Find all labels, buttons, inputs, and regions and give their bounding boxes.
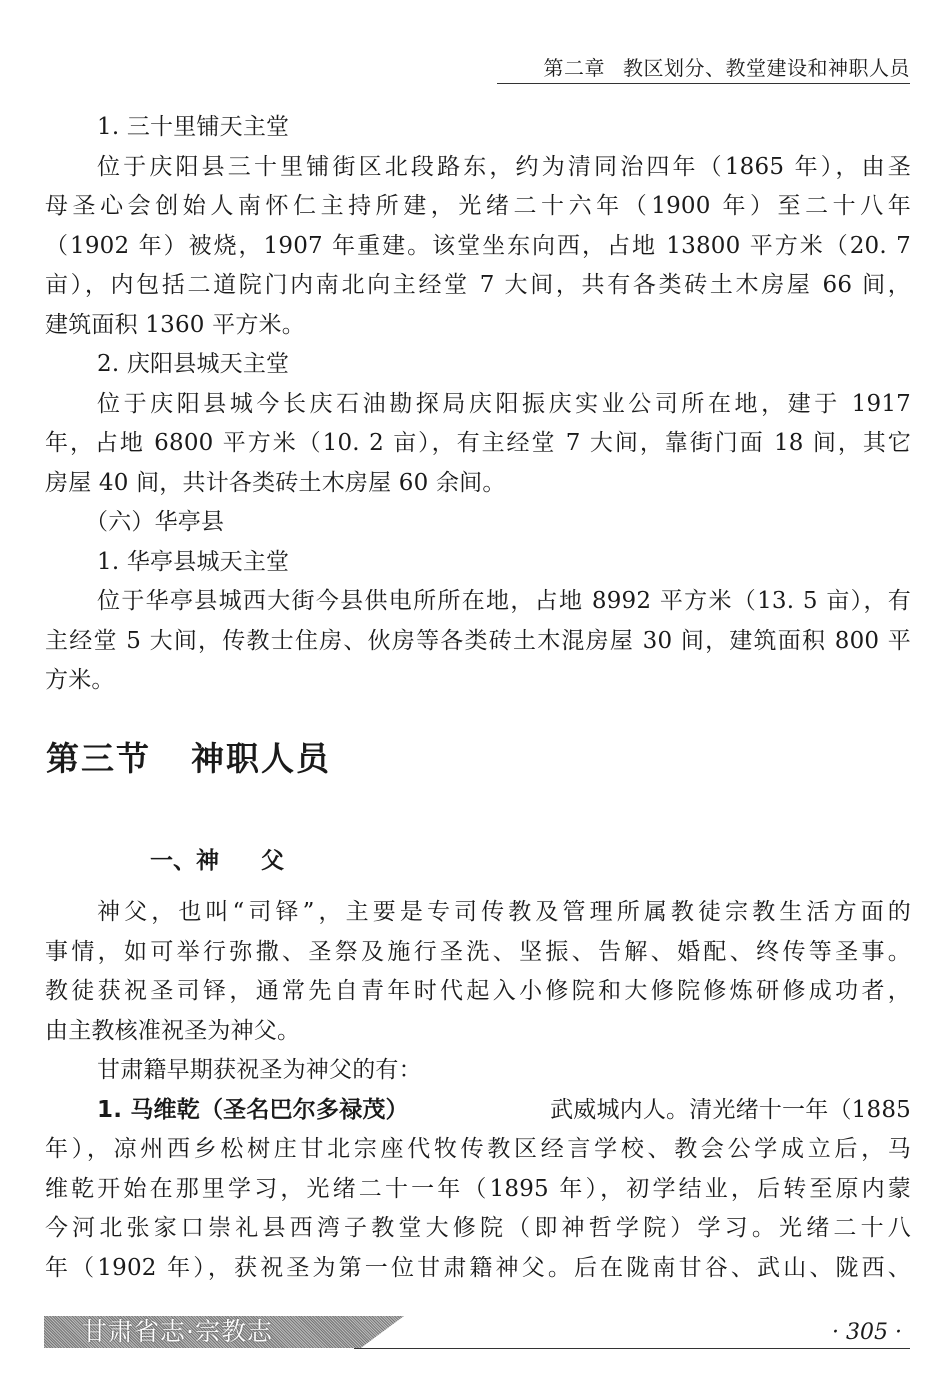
section-number: 第三节: [46, 739, 151, 778]
page-footer: 甘肃省志·宗教志 · 305 ·: [44, 1316, 910, 1350]
paragraph-line: 今河北张家口崇礼县西湾子教堂大修院（即神哲学院）学习。光绪二十八: [45, 1209, 911, 1249]
paragraph-line: 年，占地 6800 平方米（10. 2 亩），有主经堂 7 大间，靠街门面 18…: [45, 424, 911, 464]
section-title: 第三节神职人员: [46, 733, 331, 780]
entry-first-line: 1. 马维乾（圣名巴尔多禄茂） 武威城内人。清光绪十一年（1885: [45, 1091, 911, 1131]
paragraph-line: 主经堂 5 大间，传教士住房、伙房等各类砖土木混房屋 30 间，建筑面积 800…: [45, 622, 911, 662]
section-name: 神职人员: [191, 739, 331, 778]
chapter-number: 第二章: [544, 56, 606, 80]
body-text-bottom: 神父，也叫“司铎”，主要是专司传教及管理所属教徒宗教生活方面的 事情，如可举行弥…: [45, 893, 911, 1288]
paragraph-line: 位于庆阳县城今长庆石油勘探局庆阳振庆实业公司所在地，建于 1917: [45, 385, 911, 425]
item-heading: 1. 三十里铺天主堂: [45, 108, 911, 148]
footer-rule: [354, 1348, 910, 1349]
paragraph-line: 年），凉州西乡松树庄甘北宗座代牧传教区经言学校、教会公学成立后，马: [45, 1130, 911, 1170]
subsection-title: 一、神父: [150, 842, 284, 875]
paragraph-line: 建筑面积 1360 平方米。: [45, 306, 911, 346]
subsection-number: 一、神: [150, 848, 219, 874]
page-number: · 305 ·: [832, 1320, 902, 1345]
paragraph-line: 维乾开始在那里学习，光绪二十一年（1895 年），初学结业，后转至原内蒙: [45, 1170, 911, 1210]
subsection-name: 父: [261, 848, 284, 874]
chapter-title: 教区划分、教堂建设和神职人员: [623, 56, 910, 80]
paragraph-line: 母圣心会创始人南怀仁主持所建，光绪二十六年（1900 年）至二十八年: [45, 187, 911, 227]
paragraph-line: 亩），内包括二道院门内南北向主经堂 7 大间，共有各类砖土木房屋 66 间，: [45, 266, 911, 306]
entry-name: 1. 马维乾（圣名巴尔多禄茂）: [97, 1091, 409, 1131]
paragraph-line: 方米。: [45, 661, 911, 701]
item-heading: 2. 庆阳县城天主堂: [45, 345, 911, 385]
county-heading: （六）华亭县: [45, 503, 911, 543]
paragraph-line: 教徒获祝圣司铎，通常先自青年时代起入小修院和大修院修炼研修成功者，: [45, 972, 911, 1012]
paragraph-line: 神父，也叫“司铎”，主要是专司传教及管理所属教徒宗教生活方面的: [45, 893, 911, 933]
book-title-banner: 甘肃省志·宗教志: [44, 1316, 404, 1348]
intro-line: 甘肃籍早期获祝圣为神父的有：: [45, 1051, 911, 1091]
running-header: 第二章教区划分、教堂建设和神职人员: [497, 52, 910, 84]
paragraph-line: 由主教核准祝圣为神父。: [45, 1012, 911, 1052]
paragraph-line: （1902 年）被烧，1907 年重建。该堂坐东向西，占地 13800 平方米（…: [45, 227, 911, 267]
body-text-top: 1. 三十里铺天主堂 位于庆阳县三十里铺街区北段路东，约为清同治四年（1865 …: [45, 108, 911, 701]
entry-text: 武威城内人。清光绪十一年（1885: [550, 1091, 911, 1131]
item-heading: 1. 华亭县城天主堂: [45, 543, 911, 583]
paragraph-line: 位于庆阳县三十里铺街区北段路东，约为清同治四年（1865 年），由圣: [45, 148, 911, 188]
paragraph-line: 事情，如可举行弥撒、圣祭及施行圣洗、坚振、告解、婚配、终传等圣事。: [45, 933, 911, 973]
paragraph-line: 位于华亭县城西大街今县供电所所在地，占地 8992 平方米（13. 5 亩），有: [45, 582, 911, 622]
paragraph-line: 房屋 40 间，共计各类砖土木房屋 60 余间。: [45, 464, 911, 504]
paragraph-line: 年（1902 年），获祝圣为第一位甘肃籍神父。后在陇南甘谷、武山、陇西、: [45, 1249, 911, 1289]
